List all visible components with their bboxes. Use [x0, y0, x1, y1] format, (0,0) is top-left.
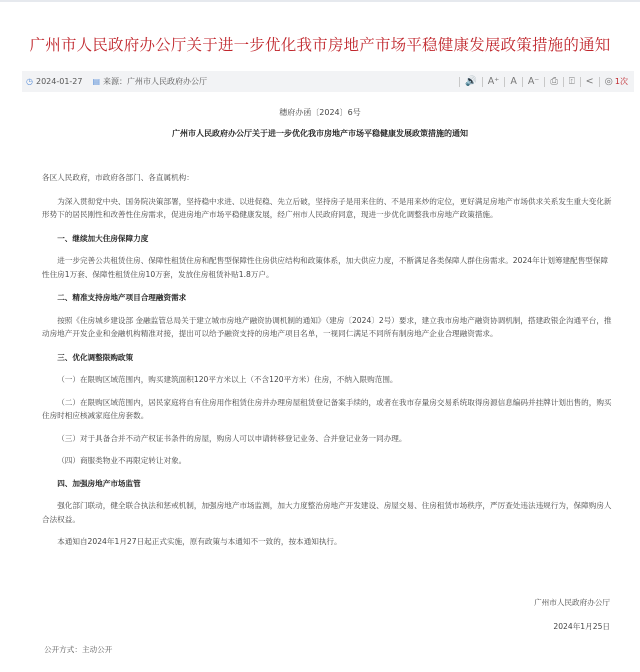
document-number: 穗府办函〔2024〕6号 [0, 107, 640, 118]
document-body: 各区人民政府，市政府各部门、各直属机构： 为深入贯彻党中央、国务院决策部署，坚持… [42, 171, 612, 549]
salutation: 各区人民政府，市政府各部门、各直属机构： [42, 171, 612, 185]
eye-icon: ◎ [605, 77, 613, 87]
section-heading-1: 一、继续加大住房保障力度 [42, 232, 612, 246]
font-normal-icon[interactable]: A [510, 77, 517, 87]
signature-date: 2024年1月25日 [553, 621, 610, 632]
intro-paragraph: 为深入贯彻党中央、国务院决策部署，坚持稳中求进、以进促稳、先立后破，坚持房子是用… [42, 195, 612, 222]
section-3-item-3: （三）对于具备合并不动产权证书条件的房屋，购房人可以申请转移登记业务、合并登记业… [42, 432, 612, 446]
top-divider [0, 0, 640, 2]
publish-date: 2024-01-27 [36, 77, 83, 86]
section-heading-2: 二、精准支持房地产项目合理融资需求 [42, 291, 612, 305]
section-heading-4: 四、加强房地产市场监管 [42, 477, 612, 491]
effective-date-paragraph: 本通知自2024年1月27日起正式实施，原有政策与本通知不一致的，按本通知执行。 [42, 535, 612, 549]
document-subtitle: 广州市人民政府办公厅关于进一步优化我市房地产市场平稳健康发展政策措施的通知 [0, 128, 640, 139]
page-title: 广州市人民政府办公厅关于进一步优化我市房地产市场平稳健康发展政策措施的通知 [0, 33, 640, 55]
source-label: 来源： [103, 76, 127, 87]
font-decrease-icon[interactable]: A⁻ [528, 77, 540, 87]
source-value: 广州市人民政府办公厅 [127, 76, 207, 87]
speaker-icon[interactable]: 🔊 [465, 77, 477, 87]
document-icon: ▤ [92, 77, 100, 86]
clock-icon: ◷ [26, 77, 33, 86]
share-icon[interactable]: < [586, 77, 594, 87]
divider [563, 77, 564, 87]
section-3-item-4: （四）商服类物业不再限定转让对象。 [42, 454, 612, 468]
print-icon[interactable]: ⎙ [550, 77, 558, 87]
divider [522, 77, 523, 87]
font-increase-icon[interactable]: A⁺ [488, 77, 500, 87]
divider [599, 77, 600, 87]
divider [482, 77, 483, 87]
section-2-paragraph: 按照《住房城乡建设部 金融监管总局关于建立城市房地产融资协调机制的通知》（建房〔… [42, 314, 612, 341]
divider [580, 77, 581, 87]
divider [459, 77, 460, 87]
section-3-item-2: （二）在限购区域范围内，居民家庭将自有住房用作租赁住房并办理房屋租赁登记备案手续… [42, 396, 612, 423]
section-3-item-1: （一）在限购区域范围内，购买建筑面积120平方米以上（不含120平方米）住房，不… [42, 373, 612, 387]
divider [544, 77, 545, 87]
disclosure-method: 公开方式：主动公开 [44, 644, 112, 655]
divider [504, 77, 505, 87]
view-count: 1次 [615, 76, 628, 87]
meta-bar: ◷ 2024-01-27 ▤ 来源： 广州市人民政府办公厅 🔊 A⁺ A A⁻ … [22, 71, 634, 92]
signature-org: 广州市人民政府办公厅 [534, 597, 610, 608]
export-icon[interactable]: ⍐ [569, 77, 575, 87]
section-heading-3: 三、优化调整限购政策 [42, 351, 612, 365]
section-4-paragraph: 强化部门联动，健全联合执法和惩戒机制，加强房地产市场监测，加大力度整治房地产开发… [42, 499, 612, 526]
section-1-paragraph: 进一步完善公共租赁住房、保障性租赁住房和配售型保障性住房供应结构和政策体系，加大… [42, 254, 612, 281]
